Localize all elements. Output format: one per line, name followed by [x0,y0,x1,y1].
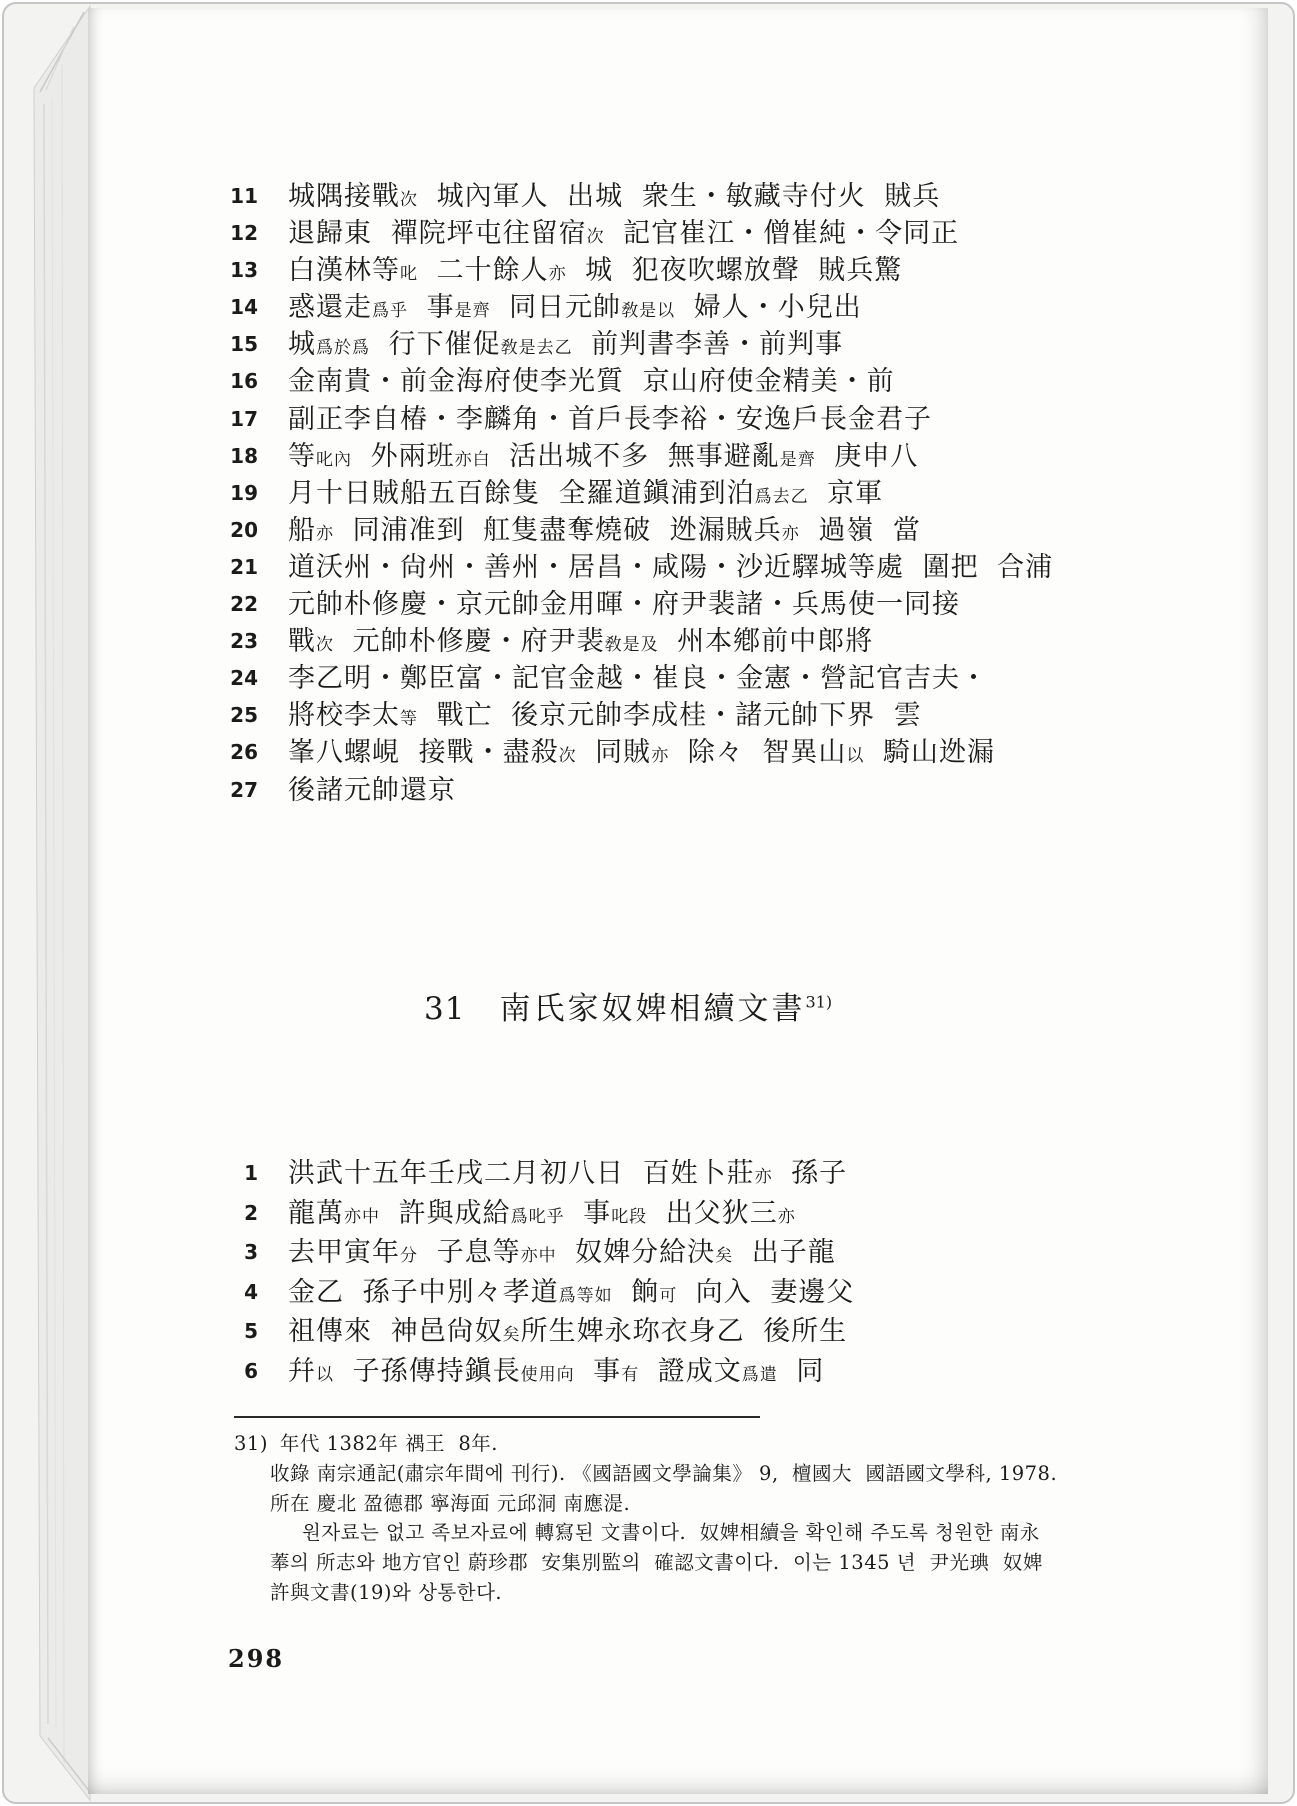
idu-gloss: 矣 [503,1325,521,1345]
text-run: 後諸元帥還京 [288,775,456,806]
idu-gloss: 等 [400,709,418,729]
text-run: 戰 [288,626,316,657]
text-run: 洪武十五年壬戌二月初八日 百姓卜莊 [288,1158,755,1189]
section-heading: 31南氏家奴婢相續文書31) [424,983,832,1028]
line-number: 23 [196,623,258,660]
text-run: 同賊 [577,737,652,768]
text-run: 子孫傳持鎭長 [334,1356,521,1387]
section-title: 南氏家奴婢相續文書 [499,991,805,1027]
idu-gloss: 次 [587,227,605,247]
idu-gloss: 爲遣 [742,1365,778,1385]
text-run: 城內軍人 出城 衆生・敏藏寺付火 賊兵 [418,181,940,212]
text-run: 所生婢永珎衣身乙 後所生 [521,1316,848,1347]
footnote-line: 許與文書(19)와 상통한다. [234,1578,1174,1608]
idu-gloss: 爲叱乎 [511,1207,565,1227]
line-number: 13 [196,252,258,289]
text-line: 25將校李太等 戰亡 後京元帥李成桂・諸元帥下界 雲 [88,697,1268,734]
text-line: 23戰次 元帥朴修慶・府尹裴敎是及 州本鄕前中郞將 [88,623,1268,660]
line-text: 李乙明・鄭臣富・記官金越・崔良・金憲・營記官吉夫・ [288,660,988,697]
text-line: 4金乙 孫子中別々孝道爲等如 餉可 向入 妻邊父 [88,1273,1268,1313]
line-text: 道沃州・尙州・善州・居昌・咸陽・沙近驛城等處 圍把 合浦 [288,549,1053,586]
footnote-text: 收錄 南宗通記(肅宗年間에 刊行). 《國語國文學論集》 9, 檀國大 國語國文… [270,1462,1057,1485]
line-text: 船亦 同浦准到 舡隻盡奪燒破 迯漏賊兵亦 過嶺 當 [288,512,921,553]
footnote-line: 所在 慶北 盈德郡 寧海面 元邱洞 南應湜. [234,1489,1174,1519]
text-run: 向入 妻邊父 [677,1277,854,1308]
line-text: 幷以 子孫傳持鎭長使用向 事有 證成文爲遣 同 [288,1352,824,1396]
line-number: 19 [196,475,258,512]
line-text: 祖傳來 神邑尙奴矣所生婢永珎衣身乙 後所生 [288,1312,847,1356]
text-line: 6幷以 子孫傳持鎭長使用向 事有 證成文爲遣 同 [88,1352,1268,1392]
text-line: 21道沃州・尙州・善州・居昌・咸陽・沙近驛城等處 圍把 合浦 [88,549,1268,586]
line-text: 峯八螺峴 接戰・盡殺次 同賊亦 除々 智異山以 騎山迯漏 [288,734,995,775]
line-text: 退歸東 禪院坪屯往留宿次 記官崔江・僧崔純・令同正 [288,215,959,256]
text-run: 同日元帥 [491,292,622,323]
text-run: 去甲寅年 [288,1237,400,1268]
line-number: 17 [196,401,258,438]
footnote-reference: 31) [805,993,832,1012]
idu-gloss: 亦中 [521,1246,557,1266]
line-number: 21 [196,549,258,586]
text-run: 婦人・小兒出 [675,292,862,323]
text-line: 24李乙明・鄭臣富・記官金越・崔良・金憲・營記官吉夫・ [88,660,1268,697]
text-run: 幷 [288,1356,316,1387]
idu-gloss: 亦 [549,264,567,284]
text-run: 事 [565,1198,612,1229]
text-run: 騎山迯漏 [864,737,995,768]
scan-frame: 11城隅接戰次 城內軍人 出城 衆生・敏藏寺付火 賊兵12退歸東 禪院坪屯往留宿… [2,2,1295,1804]
line-text: 後諸元帥還京 [288,772,456,809]
text-run: 活出城不多 無事避亂 [491,441,780,472]
text-run: 記官崔江・僧崔純・令同正 [605,218,960,249]
idu-gloss: 敎是以 [621,301,675,321]
text-run: 將校李太 [288,700,400,731]
text-run: 退歸東 禪院坪屯往留宿 [288,218,587,249]
idu-gloss: 次 [559,746,577,766]
book-page: 11城隅接戰次 城內軍人 出城 衆生・敏藏寺付火 賊兵12退歸東 禪院坪屯往留宿… [88,8,1268,1794]
idu-gloss: 可 [659,1286,677,1306]
line-number: 14 [196,289,258,326]
text-run: 過嶺 當 [800,515,921,546]
line-number: 11 [196,178,258,215]
text-line: 1洪武十五年壬戌二月初八日 百姓卜莊亦 孫子 [88,1154,1268,1194]
line-number: 5 [196,1312,258,1352]
text-run: 事 [408,292,455,323]
idu-gloss: 是齊 [780,450,816,470]
line-number: 15 [196,326,258,363]
line-number: 1 [196,1154,258,1194]
footnote-line: 31)年代 1382年 禑王 8年. [234,1429,1174,1459]
text-line: 27後諸元帥還京 [88,772,1268,809]
text-run: 城隅接戰 [288,181,400,212]
footnote-text: 원자료는 없고 족보자료에 轉寫된 文書이다. 奴婢相續을 확인해 주도록 청원… [302,1521,1040,1544]
idu-gloss: 爲乎 [372,301,408,321]
idu-gloss: 亦中 [344,1207,380,1227]
line-text: 元帥朴修慶・京元帥金用暉・府尹裴諸・兵馬使一同接 [288,586,960,623]
text-run: 戰亡 後京元帥李成桂・諸元帥下界 雲 [418,700,922,731]
text-run: 金乙 孫子中別々孝道 [288,1277,559,1308]
text-run: 出父狄三 [647,1198,778,1229]
footnote-text: 菶의 所志와 地方官인 蔚珍郡 安集別監의 確認文書이다. 이는 1345 년 … [270,1551,1043,1574]
text-run: 同 [778,1356,825,1387]
page-number: 298 [228,1644,284,1673]
line-text: 月十日賊船五百餘隻 全羅道鎭浦到泊爲去乙 京軍 [288,475,883,516]
text-run: 前判書李善・前判事 [573,329,844,360]
line-number: 22 [196,586,258,623]
line-text: 將校李太等 戰亡 後京元帥李成桂・諸元帥下界 雲 [288,697,922,738]
footnote-line: 원자료는 없고 족보자료에 轉寫된 文書이다. 奴婢相續을 확인해 주도록 청원… [234,1518,1174,1548]
idu-gloss: 敎是及 [605,635,659,655]
line-text: 副正李自椿・李麟角・首戶長李裕・安逸戶長金君子 [288,401,932,438]
idu-gloss: 亦 [782,524,800,544]
text-line: 16金南貴・前金海府使李光質 京山府使金精美・前 [88,363,1268,400]
text-run: 船 [288,515,316,546]
footnote-text: 年代 1382年 禑王 8年. [280,1432,498,1455]
text-run: 外兩班 [352,441,455,472]
text-line: 12退歸東 禪院坪屯往留宿次 記官崔江・僧崔純・令同正 [88,215,1268,252]
idu-gloss: 爲於爲 [316,338,370,358]
text-line: 19月十日賊船五百餘隻 全羅道鎭浦到泊爲去乙 京軍 [88,475,1268,512]
text-run: 京軍 [809,478,884,509]
text-run: 子息等 [418,1237,521,1268]
document-30-lines: 11城隅接戰次 城內軍人 出城 衆生・敏藏寺付火 賊兵12退歸東 禪院坪屯往留宿… [88,178,1268,809]
footnote-text: 所在 慶北 盈德郡 寧海面 元邱洞 南應湜. [270,1492,630,1515]
footnote-text: 許與文書(19)와 상통한다. [270,1581,502,1604]
idu-gloss: 叱段 [611,1207,647,1227]
line-text: 洪武十五年壬戌二月初八日 百姓卜莊亦 孫子 [288,1154,847,1198]
line-number: 3 [196,1233,258,1273]
text-run: 餉 [613,1277,660,1308]
line-text: 等叱內 外兩班亦白 活出城不多 無事避亂是齊 庚申八 [288,438,918,479]
line-text: 金南貴・前金海府使李光質 京山府使金精美・前 [288,363,895,400]
text-run: 城 [288,329,316,360]
text-run: 城 犯夜吹螺放聲 賊兵驚 [567,255,903,286]
text-line: 22元帥朴修慶・京元帥金用暉・府尹裴諸・兵馬使一同接 [88,586,1268,623]
text-run: 李乙明・鄭臣富・記官金越・崔良・金憲・營記官吉夫・ [288,663,988,694]
text-run: 白漢林等 [288,255,400,286]
idu-gloss: 分 [400,1246,418,1266]
text-run: 州本鄕前中郞將 [659,626,874,657]
idu-gloss: 使用向 [521,1365,575,1385]
scanned-book-page: 11城隅接戰次 城內軍人 出城 衆生・敏藏寺付火 賊兵12退歸東 禪院坪屯往留宿… [0,0,1297,1806]
idu-gloss: 矣 [715,1246,733,1266]
idu-gloss: 亦 [651,746,669,766]
text-line: 17副正李自椿・李麟角・首戶長李裕・安逸戶長金君子 [88,401,1268,438]
text-run: 庚申八 [816,441,919,472]
idu-gloss: 是齊 [455,301,491,321]
line-number: 16 [196,363,258,400]
line-text: 城爲於爲 行下催促敎是去乙 前判書李善・前判事 [288,326,843,367]
footnote-line: 菶의 所志와 地方官인 蔚珍郡 安集別監의 確認文書이다. 이는 1345 년 … [234,1548,1174,1578]
text-run: 等 [288,441,316,472]
text-line: 26峯八螺峴 接戰・盡殺次 同賊亦 除々 智異山以 騎山迯漏 [88,734,1268,771]
line-number: 2 [196,1194,258,1234]
text-run: 孫子 [773,1158,848,1189]
text-run: 奴婢分給決 [557,1237,716,1268]
text-run: 二十餘人 [418,255,549,286]
text-line: 20船亦 同浦准到 舡隻盡奪燒破 迯漏賊兵亦 過嶺 當 [88,512,1268,549]
idu-gloss: 叱內 [316,450,352,470]
footnote: 31)年代 1382年 禑王 8年.收錄 南宗通記(肅宗年間에 刊行). 《國語… [234,1429,1174,1608]
text-run: 惑還走 [288,292,372,323]
line-text: 惑還走爲乎 事是齊 同日元帥敎是以 婦人・小兒出 [288,289,862,330]
text-run: 元帥朴修慶・府尹裴 [334,626,605,657]
text-run: 行下催促 [370,329,501,360]
line-number: 24 [196,660,258,697]
idu-gloss: 亦 [316,524,334,544]
line-number: 6 [196,1352,258,1392]
text-run: 出子龍 [733,1237,836,1268]
idu-gloss: 次 [316,635,334,655]
text-line: 5祖傳來 神邑尙奴矣所生婢永珎衣身乙 後所生 [88,1312,1268,1352]
text-line: 11城隅接戰次 城內軍人 出城 衆生・敏藏寺付火 賊兵 [88,178,1268,215]
line-text: 龍萬亦中 許與成給爲叱乎 事叱段 出父狄三亦 [288,1194,796,1238]
text-run: 事 [575,1356,622,1387]
idu-gloss: 亦 [778,1207,796,1227]
text-line: 13白漢林等叱 二十餘人亦 城 犯夜吹螺放聲 賊兵驚 [88,252,1268,289]
section-number: 31 [424,991,465,1027]
footnote-divider [234,1416,760,1418]
line-number: 27 [196,772,258,809]
idu-gloss: 叱 [400,264,418,284]
text-line: 15城爲於爲 行下催促敎是去乙 前判書李善・前判事 [88,326,1268,363]
idu-gloss: 敎是去乙 [501,338,573,358]
document-31-lines: 1洪武十五年壬戌二月初八日 百姓卜莊亦 孫子2龍萬亦中 許與成給爲叱乎 事叱段 … [88,1154,1268,1392]
text-run: 金南貴・前金海府使李光質 京山府使金精美・前 [288,366,895,397]
text-run: 道沃州・尙州・善州・居昌・咸陽・沙近驛城等處 圍把 合浦 [288,552,1053,583]
text-line: 3去甲寅年分 子息等亦中 奴婢分給決矣 出子龍 [88,1233,1268,1273]
line-number: 25 [196,697,258,734]
idu-gloss: 亦白 [455,450,491,470]
idu-gloss: 亦 [755,1167,773,1187]
idu-gloss: 爲等如 [559,1286,613,1306]
idu-gloss: 以 [316,1365,334,1385]
line-number: 18 [196,438,258,475]
text-run: 元帥朴修慶・京元帥金用暉・府尹裴諸・兵馬使一同接 [288,589,960,620]
text-run: 證成文 [639,1356,742,1387]
text-line: 2龍萬亦中 許與成給爲叱乎 事叱段 出父狄三亦 [88,1194,1268,1234]
footnote-line: 收錄 南宗通記(肅宗年間에 刊行). 《國語國文學論集》 9, 檀國大 國語國文… [234,1459,1174,1489]
line-text: 白漢林等叱 二十餘人亦 城 犯夜吹螺放聲 賊兵驚 [288,252,902,293]
idu-gloss: 有 [621,1365,639,1385]
text-run: 同浦准到 舡隻盡奪燒破 迯漏賊兵 [334,515,782,546]
text-run: 許與成給 [380,1198,511,1229]
text-run: 除々 智異山 [669,737,846,768]
line-text: 去甲寅年分 子息等亦中 奴婢分給決矣 出子龍 [288,1233,836,1277]
line-number: 20 [196,512,258,549]
line-number: 26 [196,734,258,771]
text-line: 14惑還走爲乎 事是齊 同日元帥敎是以 婦人・小兒出 [88,289,1268,326]
line-text: 城隅接戰次 城內軍人 出城 衆生・敏藏寺付火 賊兵 [288,178,940,219]
idu-gloss: 次 [400,190,418,210]
text-line: 18等叱內 外兩班亦白 活出城不多 無事避亂是齊 庚申八 [88,438,1268,475]
text-run: 龍萬 [288,1198,344,1229]
footnote-marker: 31) [234,1432,268,1455]
line-number: 12 [196,215,258,252]
text-run: 副正李自椿・李麟角・首戶長李裕・安逸戶長金君子 [288,404,932,435]
text-run: 祖傳來 神邑尙奴 [288,1316,503,1347]
line-number: 4 [196,1273,258,1313]
text-run: 峯八螺峴 接戰・盡殺 [288,737,559,768]
idu-gloss: 以 [846,746,864,766]
line-text: 金乙 孫子中別々孝道爲等如 餉可 向入 妻邊父 [288,1273,854,1317]
line-text: 戰次 元帥朴修慶・府尹裴敎是及 州本鄕前中郞將 [288,623,873,664]
text-run: 月十日賊船五百餘隻 全羅道鎭浦到泊 [288,478,755,509]
idu-gloss: 爲去乙 [755,487,809,507]
